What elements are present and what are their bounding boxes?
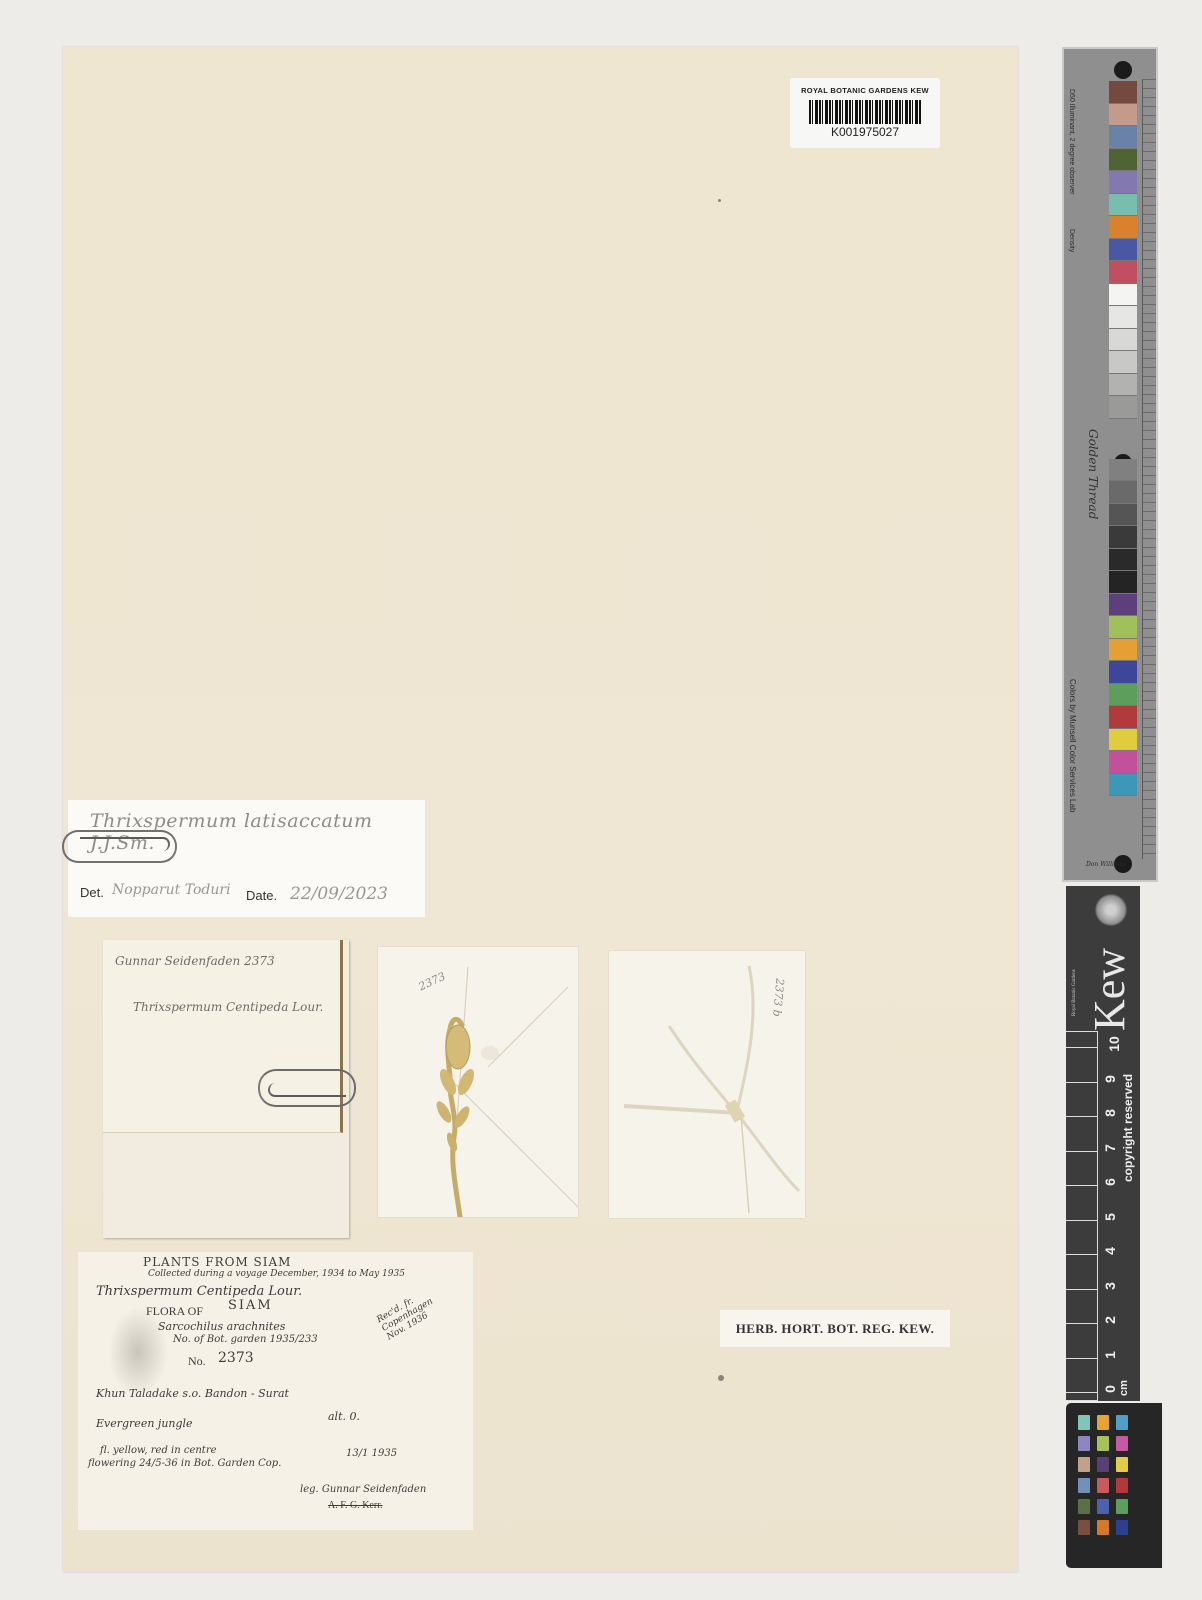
cm-tick (1066, 1323, 1098, 1324)
color-patch (1109, 661, 1137, 684)
checker-swatch (1116, 1415, 1128, 1430)
color-patch (1109, 284, 1137, 307)
paper-speck (718, 199, 721, 202)
original-name: Sarcochilus arachnites (158, 1320, 285, 1333)
illuminant-text: D50 Illuminant, 2 degree observer (1068, 89, 1075, 194)
checker-swatch (1097, 1520, 1109, 1535)
cm-tick-label: 5 (1102, 1213, 1118, 1221)
color-patch (1109, 149, 1137, 172)
cm-tick (1066, 1358, 1098, 1359)
cm-tick (1066, 1289, 1098, 1290)
color-patch (1109, 706, 1137, 729)
color-patch (1109, 194, 1137, 217)
cm-tick-label: 2 (1102, 1316, 1118, 1324)
label-header: PLANTS FROM SIAM (143, 1255, 291, 1269)
envelope-taxon: Thrixspermum Centipeda Lour. (133, 1000, 323, 1014)
cm-tick (1066, 1185, 1098, 1186)
color-patch (1109, 306, 1137, 329)
cm-tick-label: 10 (1106, 1036, 1122, 1052)
flowering-stem-specimen (378, 947, 578, 1217)
checker-swatch (1097, 1457, 1109, 1472)
flora-region: SIAM (228, 1298, 273, 1313)
color-patch (1109, 594, 1137, 617)
received-note: Rec'd. fr. Copenhagen Nov. 1936 (375, 1282, 451, 1343)
specimen-packet-1: 2373 (378, 947, 578, 1217)
cm-tick-label: 1 (1102, 1351, 1118, 1359)
checker-swatch (1116, 1457, 1128, 1472)
cm-tick-label: 9 (1102, 1075, 1118, 1083)
color-patch (1109, 774, 1137, 797)
collection-date: 13/1 1935 (346, 1448, 397, 1459)
color-calibration-ruler: D50 Illuminant, 2 degree observer Densit… (1062, 47, 1158, 882)
cm-tick (1066, 1392, 1098, 1393)
label-taxon-annotation: Thrixspermum Centipeda Lour. (96, 1284, 302, 1299)
cm-tick (1066, 1151, 1098, 1152)
struck-collector: A. F. G. Kerr. (328, 1500, 382, 1511)
paperclip-icon (258, 1069, 356, 1107)
inch-scale (1142, 79, 1156, 859)
color-patch (1109, 329, 1137, 352)
collection-number: 2373 (218, 1350, 254, 1366)
checker-swatch (1078, 1436, 1090, 1451)
flower-specimen (609, 951, 805, 1218)
munsell-credit: Colors by Munsell Color Services Lab (1068, 679, 1077, 812)
cm-tick-label: 6 (1102, 1178, 1118, 1186)
color-patch (1109, 616, 1137, 639)
cm-tick-label: 8 (1102, 1109, 1118, 1117)
color-checker-card (1066, 1403, 1162, 1568)
cm-scale (1066, 1031, 1098, 1401)
kew-logo: Kew (1084, 948, 1135, 1031)
color-patch (1109, 396, 1137, 419)
density-label: Density (1068, 229, 1075, 252)
checker-swatch (1078, 1415, 1090, 1430)
herbarium-stamp: HERB. HORT. BOT. REG. KEW. (720, 1310, 950, 1347)
color-patch (1109, 81, 1137, 104)
cm-tick-label: 4 (1102, 1247, 1118, 1255)
checker-swatch (1097, 1415, 1109, 1430)
color-patch (1109, 351, 1137, 374)
cm-tick-label: 3 (1102, 1282, 1118, 1290)
color-patch (1109, 729, 1137, 752)
brand-signature: Golden Thread (1086, 429, 1100, 519)
flower-notes: fl. yellow, red in centre (100, 1445, 217, 1456)
checker-swatch (1116, 1520, 1128, 1535)
locality: Khun Taladake s.o. Bandon - Surat (96, 1387, 289, 1400)
cm-tick-label: 0 (1102, 1385, 1118, 1393)
date-label: Date. (246, 888, 277, 903)
checker-swatch (1116, 1499, 1128, 1514)
crest-icon (1094, 894, 1128, 926)
color-patch (1109, 171, 1137, 194)
kew-scale-ruler: Kew Royal Botanic Gardens copyright rese… (1066, 886, 1140, 1401)
color-patch (1109, 239, 1137, 262)
color-patch (1109, 261, 1137, 284)
color-patch (1109, 126, 1137, 149)
garden-number: No. of Bot. garden 1935/233 (173, 1334, 318, 1345)
color-patch (1109, 639, 1137, 662)
altitude: alt. 0. (328, 1410, 360, 1423)
collector: leg. Gunnar Seidenfaden (300, 1484, 426, 1495)
paperclip-icon (62, 830, 177, 863)
color-patch (1109, 374, 1137, 397)
cm-tick (1066, 1220, 1098, 1221)
color-patch (1109, 459, 1137, 482)
determination-date: 22/09/2023 (290, 884, 388, 904)
color-patch (1109, 526, 1137, 549)
checker-swatch (1116, 1478, 1128, 1493)
color-patch (1109, 549, 1137, 572)
habitat: Evergreen jungle (96, 1417, 193, 1430)
color-patch (1109, 684, 1137, 707)
determiner-name: Nopparut Toduri (112, 882, 231, 898)
color-patch (1109, 481, 1137, 504)
checker-swatch (1097, 1478, 1109, 1493)
checker-swatch (1097, 1436, 1109, 1451)
cm-tick (1066, 1254, 1098, 1255)
color-patch (1109, 751, 1137, 774)
color-patch (1109, 216, 1137, 239)
copyright-text: copyright reserved (1121, 1074, 1135, 1182)
color-patch (1109, 504, 1137, 527)
barcode-number: K001975027 (790, 125, 940, 139)
institution-name: ROYAL BOTANIC GARDENS KEW (790, 86, 940, 95)
checker-swatch (1078, 1457, 1090, 1472)
color-patch (1109, 104, 1137, 127)
cm-tick (1066, 1116, 1098, 1117)
cm-unit: cm (1118, 1380, 1130, 1396)
collection-label: PLANTS FROM SIAM Collected during a voya… (78, 1252, 473, 1530)
kew-subtitle: Royal Botanic Gardens (1072, 969, 1077, 1016)
color-patches (1109, 81, 1137, 796)
checker-swatch (1078, 1478, 1090, 1493)
barcode-label: ROYAL BOTANIC GARDENS KEW K001975027 (790, 78, 940, 148)
flora-of-label: FLORA OF (146, 1304, 203, 1319)
flowering-notes: flowering 24/5-36 in Bot. Garden Cop. (88, 1458, 281, 1469)
envelope-collector: Gunnar Seidenfaden 2373 (115, 954, 275, 968)
cm-tick-label: 7 (1102, 1144, 1118, 1152)
cm-tick (1066, 1047, 1098, 1048)
checker-swatch (1097, 1499, 1109, 1514)
checker-swatch (1078, 1520, 1090, 1535)
paper-speck (718, 1375, 724, 1381)
barcode-bars (809, 100, 921, 124)
det-label: Det. (80, 885, 104, 900)
checker-swatch (1116, 1436, 1128, 1451)
cm-tick (1066, 1082, 1098, 1083)
maker-signature: Don Williams (1086, 861, 1126, 868)
collection-number-label: No. (188, 1354, 206, 1369)
checker-swatch (1078, 1499, 1090, 1514)
specimen-packet-2: 2373 b (609, 951, 805, 1218)
label-subheader: Collected during a voyage December, 1934… (148, 1269, 405, 1279)
color-patch (1109, 571, 1137, 594)
ruler-hole (1114, 61, 1132, 79)
